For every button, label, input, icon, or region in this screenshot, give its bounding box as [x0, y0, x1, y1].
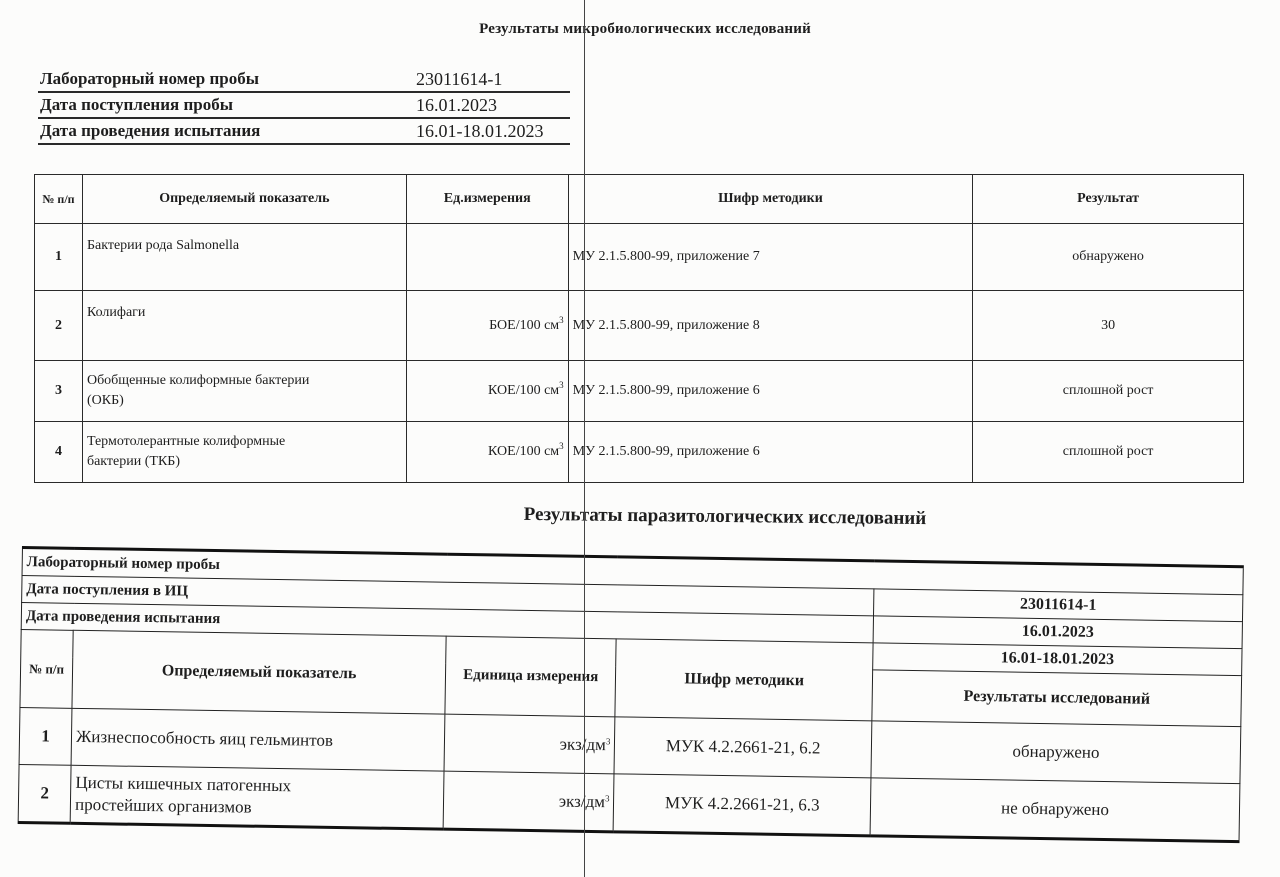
- info-value: 16.01-18.01.2023: [416, 121, 544, 142]
- row-indicator: Цисты кишечных патогенных простейших орг…: [70, 765, 444, 829]
- row-num: 3: [35, 361, 83, 422]
- parasito-table-wrapper: Лабораторный номер пробы Дата поступлени…: [17, 546, 1247, 855]
- header-result: Результат: [973, 175, 1244, 224]
- info-label: Дата проведения испытания: [40, 121, 260, 141]
- row-result: сплошной рост: [973, 422, 1244, 483]
- info-row-lab-number: Лабораторный номер пробы 23011614-1: [38, 69, 570, 93]
- table-row: 2 Колифаги БОЕ/100 см3 МУ 2.1.5.800-99, …: [35, 291, 1244, 361]
- micro-section-title: Результаты микробиологических исследован…: [0, 21, 1280, 38]
- row-indicator: Бактерии рода Salmonella: [82, 224, 406, 291]
- header-num: № п/п: [20, 629, 73, 708]
- table-row: 1 Бактерии рода Salmonella МУ 2.1.5.800-…: [35, 224, 1244, 291]
- table-row: 4 Термотолерантные колиформные бактерии …: [35, 422, 1244, 483]
- micro-sample-info: Лабораторный номер пробы 23011614-1 Дата…: [38, 69, 570, 147]
- info-label: Дата поступления пробы: [40, 95, 233, 115]
- row-result: сплошной рост: [973, 361, 1244, 422]
- parasito-section-title: Результаты паразитологических исследован…: [0, 498, 1280, 535]
- header-num: № п/п: [35, 175, 83, 224]
- row-indicator: Обобщенные колиформные бактерии (ОКБ): [82, 361, 406, 422]
- info-value: 16.01.2023: [416, 95, 497, 116]
- row-num: 2: [35, 291, 83, 361]
- row-num: 1: [35, 224, 83, 291]
- row-method: МУК 4.2.2661-21, 6.3: [614, 774, 872, 836]
- row-method: МУ 2.1.5.800-99, приложение 6: [568, 422, 973, 483]
- header-result: Результаты исследований: [872, 670, 1242, 727]
- row-indicator: Колифаги: [82, 291, 406, 361]
- table-row: 3 Обобщенные колиформные бактерии (ОКБ) …: [35, 361, 1244, 422]
- micro-results-table: № п/п Определяемый показатель Ед.измерен…: [34, 174, 1244, 483]
- header-method: Шифр методики: [615, 639, 873, 721]
- header-indicator: Определяемый показатель: [82, 175, 406, 224]
- row-num: 4: [35, 422, 83, 483]
- info-row-test-date: Дата проведения испытания 16.01-18.01.20…: [38, 121, 570, 145]
- row-method: МУ 2.1.5.800-99, приложение 8: [568, 291, 973, 361]
- row-unit: экз/дм3: [444, 714, 615, 774]
- row-num: 1: [19, 707, 72, 765]
- row-unit: КОЕ/100 см3: [406, 361, 568, 422]
- row-result: 30: [973, 291, 1244, 361]
- row-result: не обнаружено: [870, 778, 1240, 842]
- row-indicator: Термотолерантные колиформные бактерии (Т…: [82, 422, 406, 483]
- row-unit: БОЕ/100 см3: [406, 291, 568, 361]
- info-label: Лабораторный номер пробы: [40, 69, 259, 89]
- row-method: МУК 4.2.2661-21, 6.2: [614, 717, 871, 778]
- header-unit: Единица измерения: [445, 636, 617, 717]
- header-unit: Ед.измерения: [406, 175, 568, 224]
- row-indicator: Жизнеспособность яиц гельминтов: [71, 708, 445, 771]
- row-result: обнаружено: [973, 224, 1244, 291]
- row-unit: КОЕ/100 см3: [406, 422, 568, 483]
- info-value: 23011614-1: [416, 69, 502, 90]
- header-method: Шифр методики: [568, 175, 973, 224]
- row-method: МУ 2.1.5.800-99, приложение 6: [568, 361, 973, 422]
- row-unit: экз/дм3: [443, 771, 614, 832]
- row-method: МУ 2.1.5.800-99, приложение 7: [568, 224, 973, 291]
- page-fold-line: [584, 0, 585, 877]
- row-num: 2: [18, 764, 71, 823]
- info-row-receipt-date: Дата поступления пробы 16.01.2023: [38, 95, 570, 119]
- header-indicator: Определяемый показатель: [72, 630, 446, 714]
- row-unit: [406, 224, 568, 291]
- parasito-results-table: Лабораторный номер пробы Дата поступлени…: [18, 546, 1244, 843]
- table-header-row: № п/п Определяемый показатель Ед.измерен…: [35, 175, 1244, 224]
- row-result: обнаружено: [871, 721, 1241, 784]
